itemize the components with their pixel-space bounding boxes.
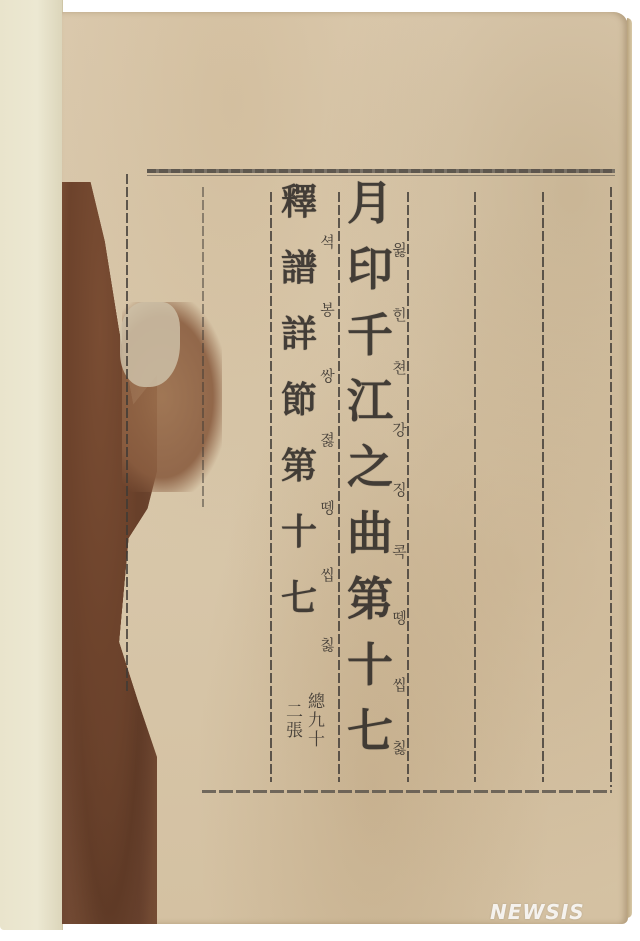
newsis-watermark: NEWSIS [490,900,585,924]
hangul-gloss: 윓 [389,242,410,257]
hangul-gloss: 쳔 [389,360,410,375]
hangul-gloss: 뗑 [317,500,338,515]
title-char: 詳 [281,316,317,352]
title-char: 千 [347,312,393,358]
hangul-gloss: 뗑 [389,610,410,625]
hangul-gloss: 셕 [317,234,338,249]
title-char: 第 [281,448,317,484]
title-char: 節 [281,382,317,418]
flyleaf-page [0,0,63,930]
title-char: 曲 [347,510,393,556]
page-count-note-line1: 總九十 [302,692,327,749]
page-edge [627,18,632,918]
hangul-gloss: 강 [389,422,410,437]
frame-top-border [147,169,615,173]
book-page: 月 印 千 江 之 曲 第 十 七 윓 힌 쳔 강 징 콕 뗑 씹 칧 釋 譜 … [62,12,628,924]
page-count-note-line2: 二張 [280,702,305,740]
hangul-gloss: 칧 [389,740,410,755]
hangul-gloss: 봉 [317,302,338,317]
hangul-gloss: 징 [389,482,410,497]
hangul-gloss: 졇 [317,432,338,447]
column-rule [270,192,272,782]
title-char: 七 [281,580,317,616]
frame-bottom-border [202,790,612,793]
title-char: 釋 [281,184,317,220]
paper-repair-patch [120,302,180,387]
column-rule [610,187,612,787]
column-rule [202,187,204,507]
title-char: 江 [347,378,393,424]
main-title-column: 月 印 千 江 之 曲 第 十 七 [340,180,400,754]
column-rule [542,192,544,782]
title-char: 十 [347,642,393,688]
title-char: 之 [347,444,393,490]
hangul-gloss: 힌 [389,307,410,322]
hangul-gloss: 칧 [317,637,338,652]
title-char: 印 [347,246,393,292]
column-rule [126,174,128,694]
title-char: 月 [347,180,393,226]
title-char: 七 [347,708,393,754]
damaged-binding-area [62,182,157,924]
hangul-gloss: 콕 [389,544,410,559]
column-rule [474,192,476,782]
hangul-gloss: 씹 [317,567,338,582]
hangul-gloss: 쌍 [317,368,338,383]
title-char: 譜 [281,250,317,286]
hangul-gloss: 씹 [389,677,410,692]
title-char: 十 [281,514,317,550]
title-char: 第 [347,576,393,622]
